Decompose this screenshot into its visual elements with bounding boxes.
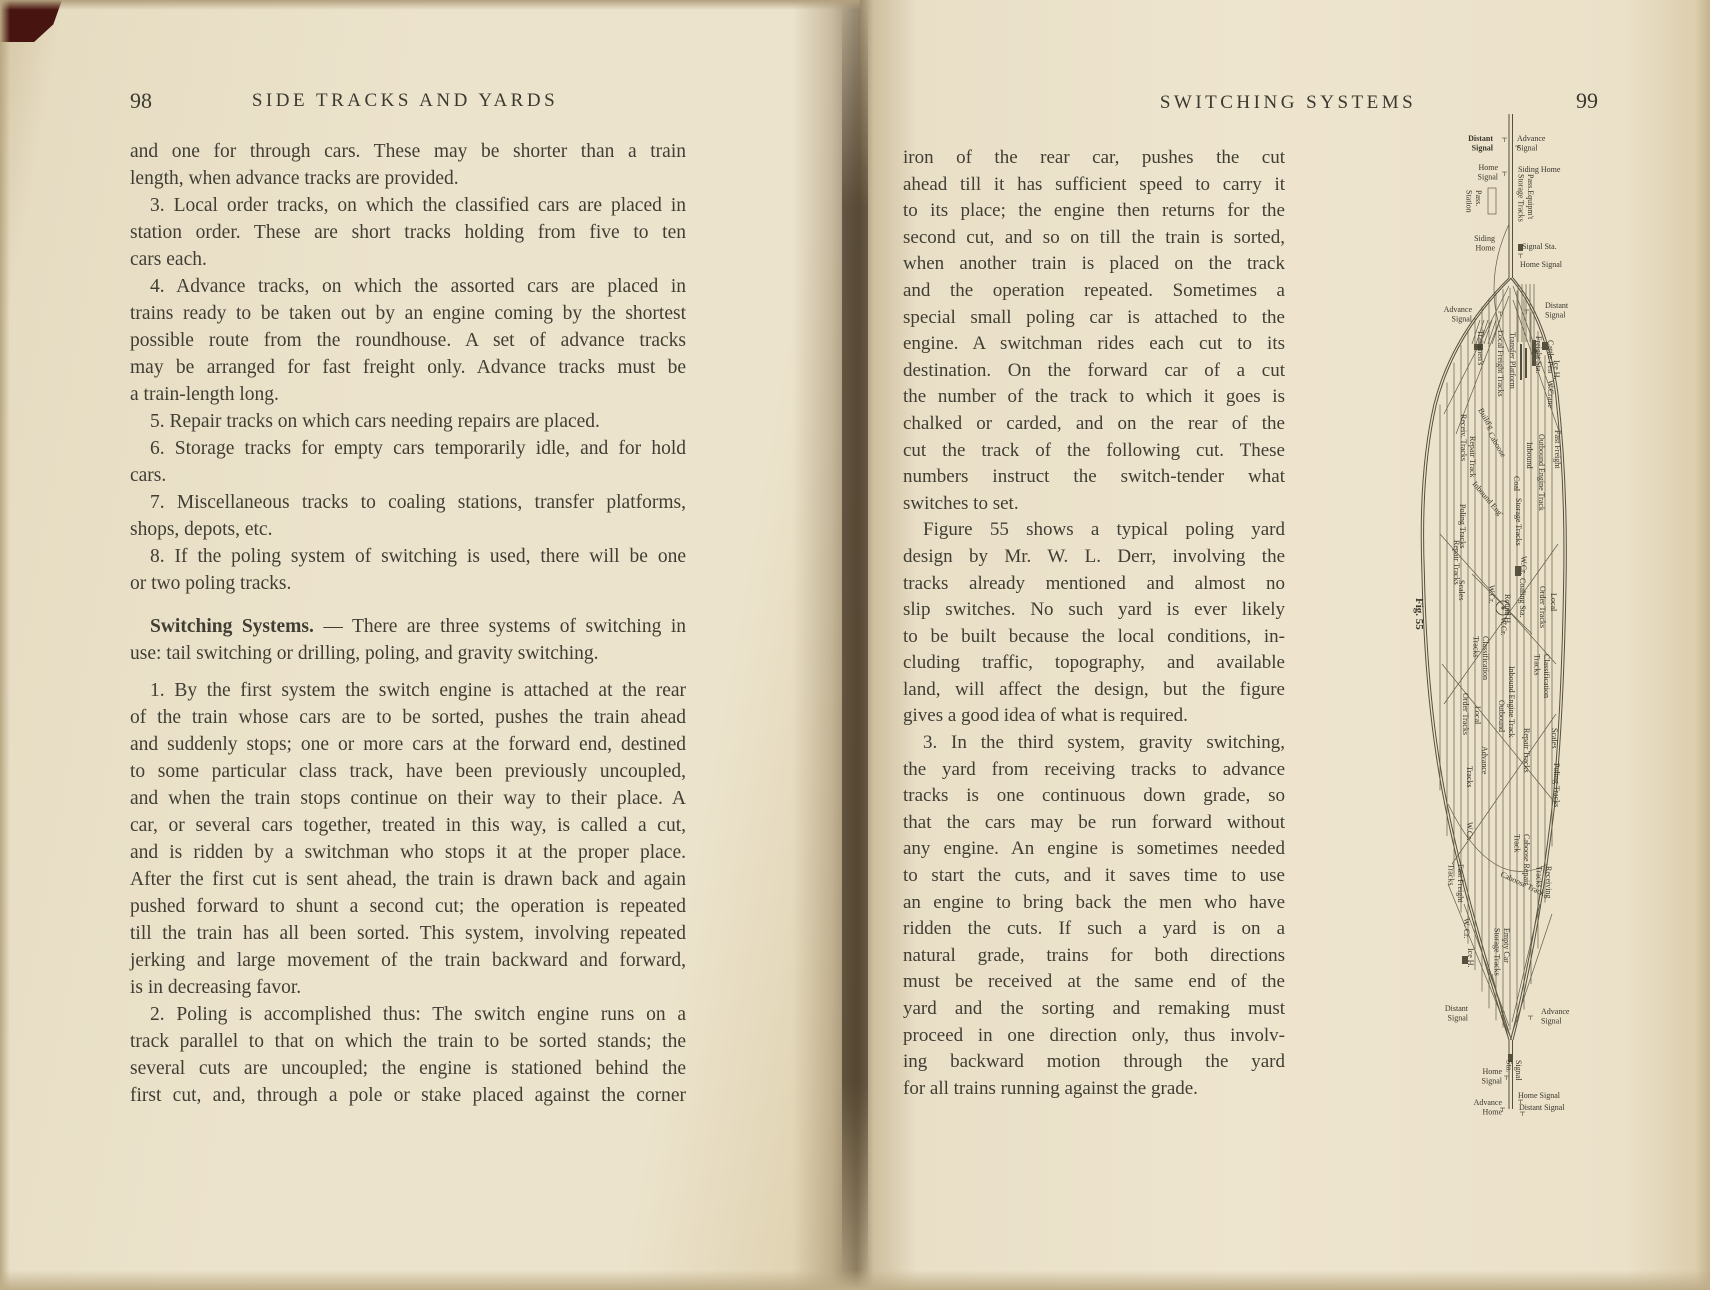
figure-label: Caboose xyxy=(1486,431,1508,460)
figure-label: Ice H. xyxy=(1552,360,1561,380)
text-line: several cuts are uncoupled; the engine i… xyxy=(130,1055,686,1082)
transfer-platform-2 xyxy=(1525,348,1527,378)
figure-label: ClassificationTracks xyxy=(1472,636,1491,680)
text-line: car, or several cars together, treated i… xyxy=(130,812,686,839)
text-line: cluding traffic, topography, and availab… xyxy=(903,650,1285,677)
text-line: tracks already mentioned and almost no xyxy=(903,571,1285,598)
figure-label: AdvanceHome xyxy=(1474,1098,1503,1117)
text-line: that the cars may be run forward without xyxy=(903,810,1285,837)
figure-label: Fast FreightTracks xyxy=(1447,864,1466,903)
text-line: 2. Poling is accomplished thus: The swit… xyxy=(130,1001,686,1028)
text-line: the number of the track to which it goes… xyxy=(903,384,1285,411)
figure-label: Repair Tracks xyxy=(1522,728,1531,773)
figure-label: Tracks xyxy=(1465,766,1474,787)
figure-label: Freight Sta. xyxy=(1534,336,1543,373)
figure-label: W.Crane xyxy=(1546,380,1555,408)
text-line: till the train has all been sorted. This… xyxy=(130,920,686,947)
text-line: 6. Storage tracks for empty cars tempora… xyxy=(130,435,686,462)
figure-label: ClassificationTracks xyxy=(1533,654,1552,698)
figure-label: SidingHome xyxy=(1474,234,1495,253)
figure-label: W.Cr. xyxy=(1487,585,1496,603)
text-line: the yard from receiving tracks to advanc… xyxy=(903,757,1285,784)
text-line: ing backward motion through the yard xyxy=(903,1049,1285,1076)
figure-label: Inbound Eng' xyxy=(1470,480,1505,519)
text-line: and when the train stops continue on the… xyxy=(130,785,686,812)
figure-label: Repair Tracks xyxy=(1452,540,1461,585)
text-line: chalked or carded, and on the rear of th… xyxy=(903,411,1285,438)
fig-55-diagram: DistantSignalAdvanceSignalHomeSignalSidi… xyxy=(1352,104,1592,1164)
text-line: iron of the rear car, pushes the cut xyxy=(903,145,1285,172)
figure-label: SignalSta. xyxy=(1505,1060,1524,1081)
figure-label: Repair Track xyxy=(1468,436,1477,478)
figure-label: Local Freight Tracks xyxy=(1496,330,1505,397)
text-line: 3. In the third system, gravity switchin… xyxy=(903,730,1285,757)
figure-label: Pass.Equipm'tStorage Tracks xyxy=(1517,174,1536,222)
text-line: is in decreasing favor. xyxy=(130,974,686,1001)
figure-label: Outbound xyxy=(1497,700,1506,732)
text-line: to start the cuts, and it saves time to … xyxy=(903,863,1285,890)
text-line: land, will affect the design, but the fi… xyxy=(903,677,1285,704)
text-line: station order. These are short tracks ho… xyxy=(130,219,686,246)
text-line: second cut, and so on till the train is … xyxy=(903,225,1285,252)
text-line: any engine. An engine is sometimes neede… xyxy=(903,836,1285,863)
figure-label: Home Signal xyxy=(1518,1091,1561,1100)
figure-label: Pass.Station xyxy=(1465,190,1484,213)
figure-label: Advance xyxy=(1480,746,1489,775)
page-edge-top xyxy=(0,0,860,10)
left-page-number: 98 xyxy=(130,88,152,114)
right-page-text: iron of the rear car, pushes the cutahea… xyxy=(903,145,1285,1102)
figure-label: Inbound Engine Track xyxy=(1507,666,1516,738)
text-line: when another train is placed on the trac… xyxy=(903,251,1285,278)
figure-label: Local xyxy=(1549,593,1558,612)
figure-label: Distant Signal xyxy=(1519,1103,1565,1112)
figure-label: Siding Home xyxy=(1518,165,1561,174)
figure-label: Scales xyxy=(1550,728,1559,748)
text-line: a train-length long. xyxy=(130,381,686,408)
text-line: 4. Advance tracks, on which the assorted… xyxy=(130,273,686,300)
text-line: Figure 55 shows a typical poling yard xyxy=(903,517,1285,544)
figure-label: AdvanceSignal xyxy=(1444,305,1473,324)
text-line: natural grade, trains for both direction… xyxy=(903,943,1285,970)
figure-label: AdvanceSignal xyxy=(1517,134,1546,153)
text-line: may be arranged for fast freight only. A… xyxy=(130,354,686,381)
figure-label: Build'g xyxy=(1476,407,1495,432)
text-line: 7. Miscellaneous tracks to coaling stati… xyxy=(130,489,686,516)
left-running-head: SIDE TRACKS AND YARDS xyxy=(205,90,605,112)
figure-label: W.Cr. xyxy=(1519,556,1528,574)
page-edge-bottom xyxy=(0,1270,1710,1290)
text-line: of the train whose cars are to be sorted… xyxy=(130,704,686,731)
figure-label: DistantSignal xyxy=(1545,301,1569,320)
text-line: cut the track of the following cut. Thes… xyxy=(903,438,1285,465)
text-line: yard and the sorting and remaking must xyxy=(903,996,1285,1023)
transfer-platform xyxy=(1520,344,1522,380)
text-line: pushed forward to shunt a second cut; th… xyxy=(130,893,686,920)
text-line: to its place; the engine then returns fo… xyxy=(903,198,1285,225)
yard-main-line-bottom xyxy=(1509,1040,1513,1109)
figure-label: Transfer Platform xyxy=(1508,332,1517,390)
figure-label: Fig. 55 xyxy=(1413,598,1425,630)
text-line: or two poling tracks. xyxy=(130,570,686,597)
figure-label: Coal xyxy=(1512,476,1521,492)
text-line: special small poling car is attached to … xyxy=(903,305,1285,332)
track-line xyxy=(1492,974,1509,1040)
text-line: an engine to bring back the men who have xyxy=(903,890,1285,917)
track-line xyxy=(1452,714,1556,864)
text-line: 5. Repair tracks on which cars needing r… xyxy=(130,408,686,435)
figure-label: Home Signal xyxy=(1520,260,1563,269)
text-line: and one for through cars. These may be s… xyxy=(130,138,686,165)
figure-label: Fast Freight xyxy=(1553,430,1562,469)
left-page-text: and one for through cars. These may be s… xyxy=(130,138,686,1109)
text-line: first cut, and, through a pole or stake … xyxy=(130,1082,686,1109)
text-line: possible route from the roundhouse. A se… xyxy=(130,327,686,354)
caboose-track-curve xyxy=(1448,804,1548,872)
text-line: 1. By the first system the switch engine… xyxy=(130,677,686,704)
figure-label: AdvanceSignal xyxy=(1541,1007,1570,1026)
figure-label: W. Cr. xyxy=(1462,918,1471,938)
figure-label: Signal Sta. xyxy=(1522,242,1557,251)
figure-label: W.Cr. xyxy=(1465,822,1474,840)
text-line: for all trains running against the grade… xyxy=(903,1076,1285,1103)
figure-label: Local xyxy=(1473,706,1482,725)
page-edge-left xyxy=(0,0,10,1290)
figure-55: DistantSignalAdvanceSignalHomeSignalSidi… xyxy=(1352,104,1592,1164)
track-line xyxy=(1442,664,1556,804)
text-line: numbers instruct the switch-tender what xyxy=(903,464,1285,491)
text-line: length, when advance tracks are provided… xyxy=(130,165,686,192)
figure-label: Inbound xyxy=(1525,442,1534,469)
text-line: 3. Local order tracks, on which the clas… xyxy=(130,192,686,219)
figure-label: Ice H. xyxy=(1466,948,1475,968)
text-line: engine. A switchman rides each cut to it… xyxy=(903,331,1285,358)
text-line: shops, depots, etc. xyxy=(130,516,686,543)
figure-labels: DistantSignalAdvanceSignalHomeSignalSidi… xyxy=(1413,134,1570,1117)
figure-label: Coaling Sta. xyxy=(1518,578,1527,618)
text-line: cars. xyxy=(130,462,686,489)
text-line: to some particular class track, have bee… xyxy=(130,758,686,785)
figure-label: Order Tracks xyxy=(1538,586,1547,628)
figure-label: Storage Tracks xyxy=(1514,498,1523,546)
text-line: trains ready to be taken out by an engin… xyxy=(130,300,686,327)
figure-label: Outbound Engine Track xyxy=(1537,434,1546,511)
text-line: and is ridden by a switchman who stops i… xyxy=(130,839,686,866)
passenger-station-building xyxy=(1488,188,1496,214)
figure-label: HomeSignal xyxy=(1482,1067,1503,1086)
text-line: design by Mr. W. L. Derr, involving the xyxy=(903,544,1285,571)
text-line: ahead till it has sufficient speed to ca… xyxy=(903,172,1285,199)
text-line: Switching Systems. — There are three sys… xyxy=(130,613,686,640)
figure-label: DistantSignal xyxy=(1468,134,1494,153)
figure-label: Poling Tracks xyxy=(1552,763,1561,807)
figure-label: Order Tracks xyxy=(1461,693,1470,735)
figure-label: W.Cr. xyxy=(1499,617,1508,635)
text-line: destination. On the forward car of a cut xyxy=(903,358,1285,385)
figure-label: Receiv. Tracks xyxy=(1459,414,1468,461)
text-line: 8. If the poling system of switching is … xyxy=(130,543,686,570)
text-line: must be received at the same end of the xyxy=(903,969,1285,996)
text-line: switches to set. xyxy=(903,491,1285,518)
text-line: use: tail switching or drilling, poling,… xyxy=(130,640,686,667)
figure-label: HomeSignal xyxy=(1478,163,1499,182)
text-line: jerking and large movement of the train … xyxy=(130,947,686,974)
figure-label: Trainmen's xyxy=(1476,330,1485,365)
text-line: gives a good idea of what is required. xyxy=(903,703,1285,730)
text-line: and suddenly stops; one or more cars at … xyxy=(130,731,686,758)
figure-label: Empty CarStorage Tracks xyxy=(1493,928,1512,976)
text-line: proceed in one direction only, thus invo… xyxy=(903,1023,1285,1050)
book-spine-shadow xyxy=(842,0,868,1290)
page-edge-right xyxy=(1696,0,1710,1290)
text-line: After the first cut is sent ahead, the t… xyxy=(130,866,686,893)
text-line: tracks is one continuous down grade, so xyxy=(903,783,1285,810)
text-line: and the operation repeated. Sometimes a xyxy=(903,278,1285,305)
figure-label: DistantSignal xyxy=(1445,1004,1469,1023)
text-line: track parallel to that on which the trai… xyxy=(130,1028,686,1055)
text-line: to be built because the local conditions… xyxy=(903,624,1285,651)
text-line: ridden the cuts. If such a yard is on a xyxy=(903,916,1285,943)
text-line: cars each. xyxy=(130,246,686,273)
book-scan: { "palette":{"paper":"#ece3cc","ink":"#4… xyxy=(0,0,1710,1290)
text-line: slip switches. No such yard is ever like… xyxy=(903,597,1285,624)
